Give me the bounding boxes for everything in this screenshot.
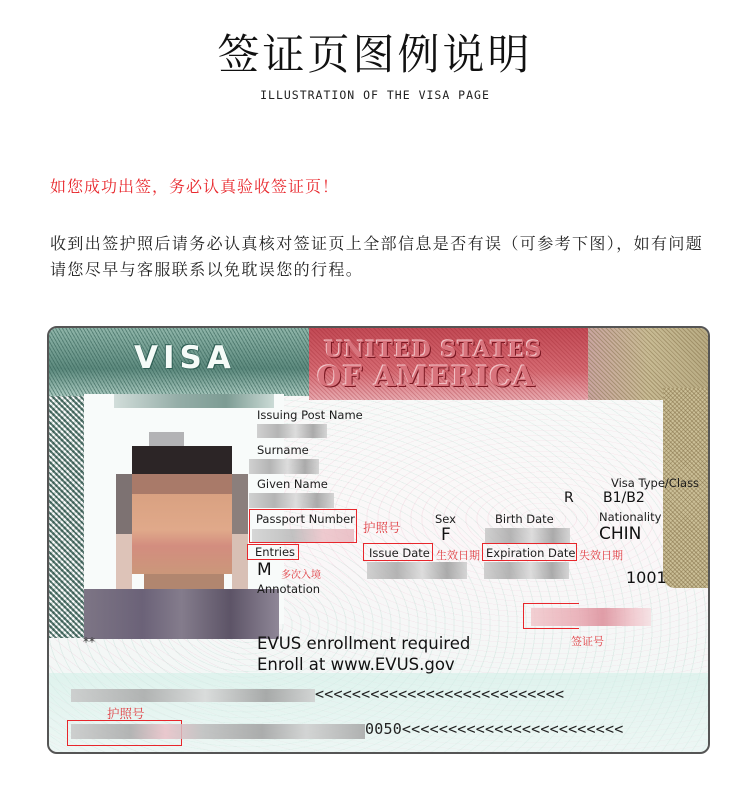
value-entries: M — [257, 560, 272, 580]
label-surname: Surname — [257, 443, 309, 457]
redacted-issuing-post — [257, 424, 327, 438]
shoulders-pixel — [84, 589, 279, 639]
photo-pixel — [116, 534, 132, 594]
photo-pixel — [116, 474, 132, 534]
redacted-mrz-line1 — [71, 689, 315, 702]
redacted-surname — [249, 459, 319, 474]
evus-notice: EVUS enrollment required Enroll at www.E… — [257, 633, 470, 675]
redacted-mrz-line2 — [71, 724, 365, 739]
description-text: 收到出签护照后请务必认真核对签证页上全部信息是否有误（可参考下图），如有问题请您… — [50, 231, 710, 283]
label-passport-number: Passport Number — [256, 512, 355, 526]
visa-word: VISA — [134, 340, 236, 376]
label-annotation: Annotation — [257, 582, 320, 596]
country-name-line2: OF AMERICA — [317, 360, 535, 393]
redacted-given-name — [249, 493, 334, 508]
photo-pixel — [232, 534, 248, 594]
label-sex: Sex — [435, 512, 456, 526]
mrz-line2: 0050<<<<<<<<<<<<<<<<<<<<<<<< — [365, 720, 623, 738]
photo-pixel — [132, 474, 232, 494]
note-entries: 多次入境 — [281, 566, 321, 581]
page-subtitle: ILLUSTRATION OF THE VISA PAGE — [0, 88, 750, 102]
evus-line1: EVUS enrollment required — [257, 633, 470, 654]
redacted-visa-number — [531, 608, 651, 626]
hair-pixel — [132, 446, 232, 476]
label-issue-date: Issue Date — [369, 546, 430, 560]
label-given-name: Given Name — [257, 477, 328, 491]
label-birth-date: Birth Date — [495, 512, 554, 526]
label-expiration-date: Expiration Date — [486, 546, 576, 560]
note-issue-date: 生效日期 — [436, 547, 480, 563]
redacted-issue-date — [367, 562, 467, 579]
redacted-expiration-date — [484, 562, 569, 579]
mrz-line1: <<<<<<<<<<<<<<<<<<<<<<<<<<< — [315, 685, 564, 703]
evus-line2: Enroll at www.EVUS.gov — [257, 654, 470, 675]
note-passport-number: 护照号 — [363, 518, 401, 536]
stars-marker: ** — [83, 635, 95, 649]
value-visa-type: R — [564, 490, 574, 506]
page-title: 签证页图例说明 — [0, 30, 750, 80]
label-entries: Entries — [255, 545, 295, 559]
value-visa-class: B1/B2 — [603, 490, 645, 506]
photo-blur-top — [114, 394, 274, 408]
value-number-suffix: 1001 — [626, 568, 667, 587]
label-issuing-post-name: Issuing Post Name — [257, 408, 363, 422]
label-nationality: Nationality — [599, 510, 661, 524]
gold-security-band — [638, 328, 708, 752]
value-sex: F — [441, 525, 451, 545]
value-nationality: CHIN — [599, 524, 641, 544]
warning-text: 如您成功出签，务必认真验收签证页！ — [50, 174, 339, 197]
note-expiration-date: 失效日期 — [579, 547, 623, 563]
redacted-birth-date — [485, 528, 570, 544]
redacted-passport-number — [252, 529, 354, 542]
photo-pixel — [232, 474, 248, 534]
visa-illustration: VISA UNITED STATES OF AMERICA Issuing Po… — [47, 326, 710, 754]
note-visa-number: 签证号 — [571, 633, 604, 649]
face-pixel — [132, 494, 232, 574]
label-visa-type-class: Visa Type/Class — [611, 476, 699, 490]
